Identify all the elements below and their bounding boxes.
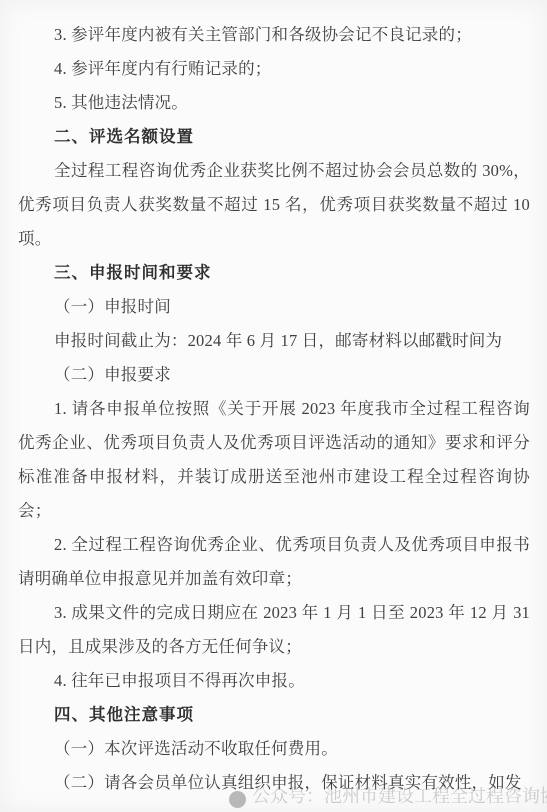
text-line: 3. 参评年度内被有关主管部门和各级协会记不良记录的；	[18, 18, 530, 52]
text-line: 3. 成果文件的完成日期应在 2023 年 1 月 1 日至 2023 年 12…	[18, 596, 530, 630]
text-line: 请明确单位申报意见并加盖有效印章；	[18, 562, 530, 596]
text-line: 优秀企业、优秀项目负责人及优秀项目评选活动的通知》要求和评分	[18, 426, 530, 460]
text-line: （一）本次评选活动不收取任何费用。	[18, 732, 530, 766]
text-line: 申报时间截止为：2024 年 6 月 17 日，邮寄材料以邮戳时间为准。	[18, 324, 530, 358]
text-line: 标准准备申报材料，并装订成册送至池州市建设工程全过程咨询协	[18, 460, 530, 494]
section-heading: 三、申报时间和要求	[18, 256, 530, 290]
text-line: 4. 参评年度内有行贿记录的；	[18, 52, 530, 86]
text-line: 1. 请各申报单位按照《关于开展 2023 年度我市全过程工程咨询	[18, 392, 530, 426]
text-line: 会；	[18, 494, 530, 528]
scanned-document-page: 公众号：池州市建设工程全过程咨询协会 3. 参评年度内被有关主管部门和各级协会记…	[0, 0, 547, 812]
text-line: 2. 全过程工程咨询优秀企业、优秀项目负责人及优秀项目申报书	[18, 528, 530, 562]
section-heading: 四、其他注意事项	[18, 698, 530, 732]
text-line: 4. 往年已申报项目不得再次申报。	[18, 664, 530, 698]
text-line: （一）申报时间	[18, 290, 530, 324]
document-body: 3. 参评年度内被有关主管部门和各级协会记不良记录的；4. 参评年度内有行贿记录…	[18, 18, 530, 800]
text-line: （二）申报要求	[18, 358, 530, 392]
text-line: 5. 其他违法情况。	[18, 86, 530, 120]
text-line: 优秀项目负责人获奖数量不超过 15 名，优秀项目获奖数量不超过 10	[18, 188, 530, 222]
text-line: （二）请各会员单位认真组织申报，保证材料真实有效性，如发	[18, 766, 530, 800]
text-line: 日内，且成果涉及的各方无任何争议；	[18, 630, 530, 664]
text-line: 全过程工程咨询优秀企业获奖比例不超过协会会员总数的 30%，	[18, 154, 530, 188]
section-heading: 二、评选名额设置	[18, 120, 530, 154]
text-line: 项。	[18, 222, 530, 256]
